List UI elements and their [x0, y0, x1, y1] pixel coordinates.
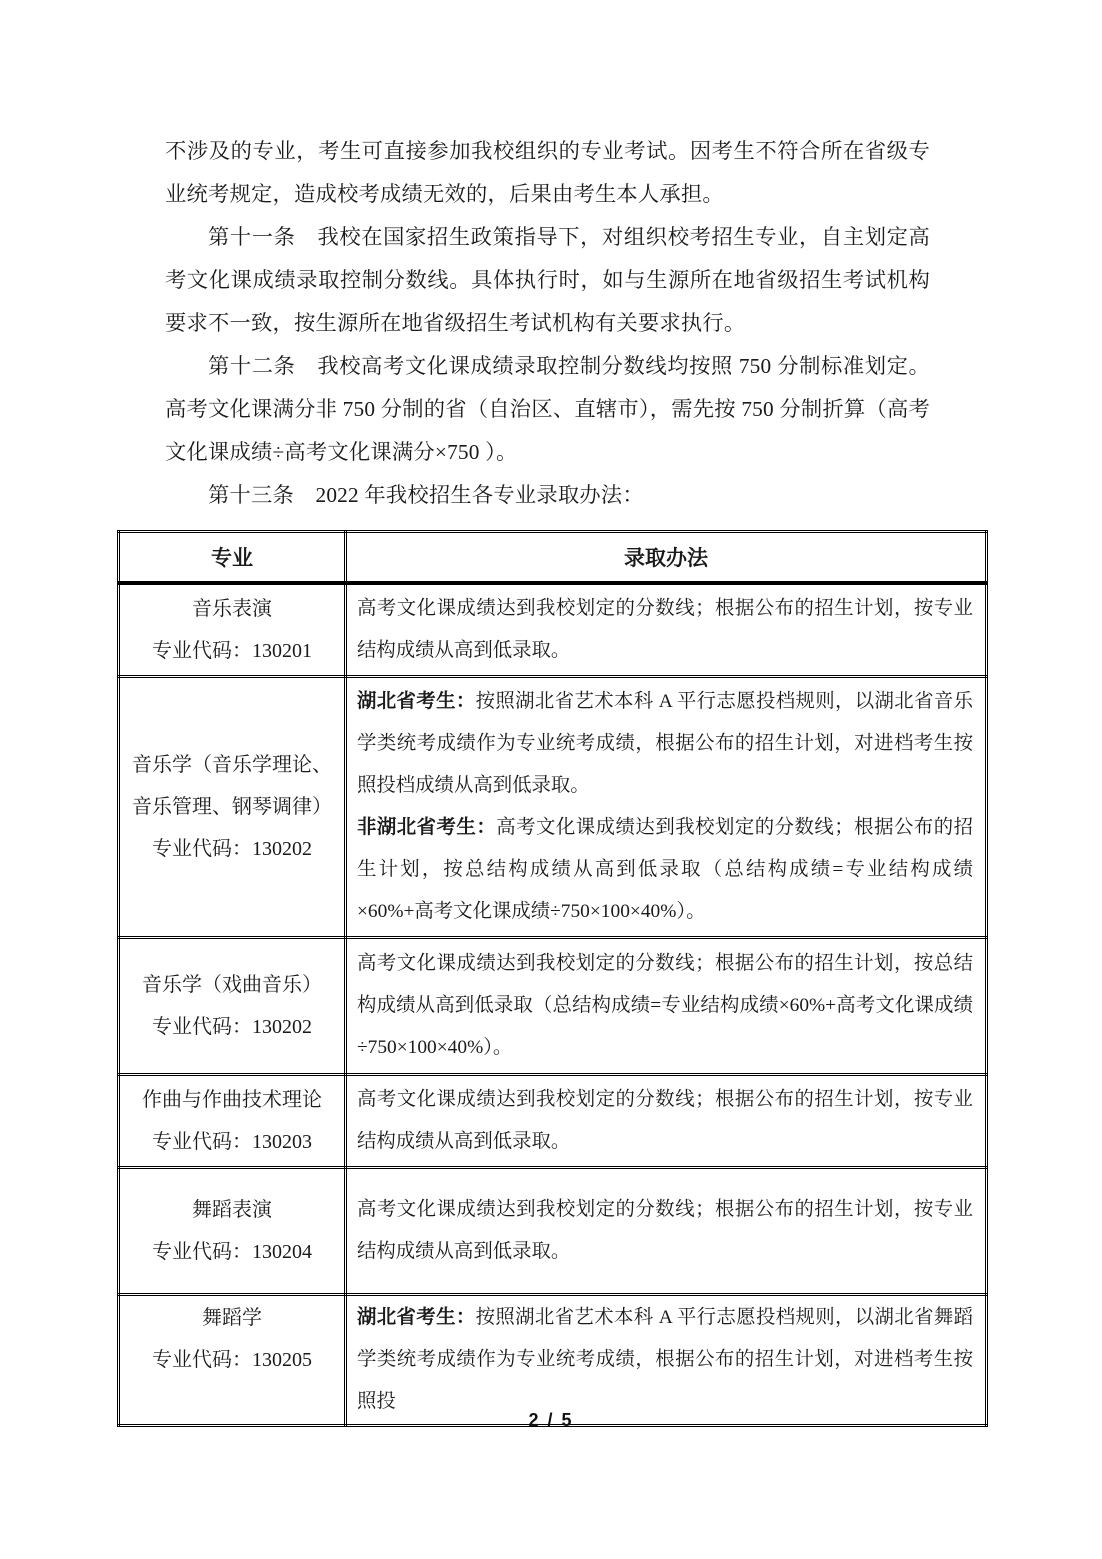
method-cell: 高考文化课成绩达到我校划定的分数线；根据公布的招生计划，按专业结构成绩从高到低录…: [346, 1168, 987, 1295]
major-cell: 舞蹈表演 专业代码：130204: [119, 1168, 346, 1295]
major-code: 专业代码：130201: [129, 630, 335, 672]
table-row: 音乐学（音乐学理论、音乐管理、钢琴调律） 专业代码：130202 湖北省考生：按…: [119, 677, 987, 938]
major-code: 专业代码：130202: [129, 1006, 335, 1048]
body-text: 不涉及的专业，考生可直接参加我校组织的专业考试。因考生不符合所在省级专业统考规定…: [117, 130, 985, 517]
major-code: 专业代码：130205: [129, 1339, 335, 1381]
method-cell: 湖北省考生：按照湖北省艺术本科 A 平行志愿投档规则，以湖北省舞蹈学类统考成绩作…: [346, 1295, 987, 1426]
candidate-group-label: 湖北省考生：: [357, 1307, 476, 1328]
method-cell: 湖北省考生：按照湖北省艺术本科 A 平行志愿投档规则，以湖北省音乐学类统考成绩作…: [346, 677, 987, 938]
table-header-row: 专业 录取办法: [119, 532, 987, 584]
method-text: 高考文化课成绩达到我校划定的分数线；根据公布的招生计划，按专业结构成绩从高到低录…: [357, 1199, 973, 1262]
table-row: 舞蹈表演 专业代码：130204 高考文化课成绩达到我校划定的分数线；根据公布的…: [119, 1168, 987, 1295]
major-cell: 音乐学（戏曲音乐） 专业代码：130202: [119, 938, 346, 1075]
major-cell: 音乐表演 专业代码：130201: [119, 583, 346, 677]
major-name: 音乐学（音乐学理论、音乐管理、钢琴调律）: [129, 744, 335, 828]
major-name: 作曲与作曲技术理论: [129, 1079, 335, 1121]
candidate-group-label: 非湖北省考生：: [357, 817, 496, 838]
method-paragraph: 湖北省考生：按照湖北省艺术本科 A 平行志愿投档规则，以湖北省音乐学类统考成绩作…: [357, 681, 973, 807]
major-name: 音乐学（戏曲音乐）: [129, 964, 335, 1006]
paragraph-continuation: 不涉及的专业，考生可直接参加我校组织的专业考试。因考生不符合所在省级专业统考规定…: [165, 130, 930, 216]
paragraph-article-11: 第十一条 我校在国家招生政策指导下，对组织校考招生专业，自主划定高考文化课成绩录…: [165, 216, 930, 345]
method-text: 高考文化课成绩达到我校划定的分数线；根据公布的招生计划，按专业结构成绩从高到低录…: [357, 1089, 973, 1152]
document-content: 不涉及的专业，考生可直接参加我校组织的专业考试。因考生不符合所在省级专业统考规定…: [117, 130, 985, 1427]
method-cell: 高考文化课成绩达到我校划定的分数线；根据公布的招生计划，按总结构成绩从高到低录取…: [346, 938, 987, 1075]
table-header-method: 录取办法: [346, 532, 987, 584]
method-text: 高考文化课成绩达到我校划定的分数线；根据公布的招生计划，按总结构成绩从高到低录取…: [357, 953, 973, 1058]
table-header-major: 专业: [119, 532, 346, 584]
document-page: 不涉及的专业，考生可直接参加我校组织的专业考试。因考生不符合所在省级专业统考规定…: [0, 0, 1102, 1559]
major-cell: 作曲与作曲技术理论 专业代码：130203: [119, 1075, 346, 1168]
method-paragraph: 高考文化课成绩达到我校划定的分数线；根据公布的招生计划，按专业结构成绩从高到低录…: [357, 1189, 973, 1273]
table-row: 舞蹈学 专业代码：130205 湖北省考生：按照湖北省艺术本科 A 平行志愿投档…: [119, 1295, 987, 1426]
major-cell: 舞蹈学 专业代码：130205: [119, 1295, 346, 1426]
method-cell: 高考文化课成绩达到我校划定的分数线；根据公布的招生计划，按专业结构成绩从高到低录…: [346, 583, 987, 677]
admissions-table: 专业 录取办法 音乐表演 专业代码：130201 高考文化课成绩达到我校划定的分…: [117, 530, 988, 1427]
paragraph-article-13: 第十三条 2022 年我校招生各专业录取办法：: [165, 474, 930, 517]
major-cell: 音乐学（音乐学理论、音乐管理、钢琴调律） 专业代码：130202: [119, 677, 346, 938]
method-text: 高考文化课成绩达到我校划定的分数线；根据公布的招生计划，按专业结构成绩从高到低录…: [357, 598, 973, 661]
table-row: 音乐表演 专业代码：130201 高考文化课成绩达到我校划定的分数线；根据公布的…: [119, 583, 987, 677]
table-row: 作曲与作曲技术理论 专业代码：130203 高考文化课成绩达到我校划定的分数线；…: [119, 1075, 987, 1168]
major-name: 音乐表演: [129, 588, 335, 630]
major-code: 专业代码：130204: [129, 1231, 335, 1273]
major-name: 舞蹈表演: [129, 1189, 335, 1231]
paragraph-article-12: 第十二条 我校高考文化课成绩录取控制分数线均按照 750 分制标准划定。高考文化…: [165, 345, 930, 474]
method-paragraph: 高考文化课成绩达到我校划定的分数线；根据公布的招生计划，按专业结构成绩从高到低录…: [357, 588, 973, 672]
method-cell: 高考文化课成绩达到我校划定的分数线；根据公布的招生计划，按专业结构成绩从高到低录…: [346, 1075, 987, 1168]
method-paragraph: 高考文化课成绩达到我校划定的分数线；根据公布的招生计划，按专业结构成绩从高到低录…: [357, 1079, 973, 1163]
method-paragraph: 湖北省考生：按照湖北省艺术本科 A 平行志愿投档规则，以湖北省舞蹈学类统考成绩作…: [357, 1297, 973, 1423]
major-code: 专业代码：130203: [129, 1121, 335, 1163]
method-paragraph: 高考文化课成绩达到我校划定的分数线；根据公布的招生计划，按总结构成绩从高到低录取…: [357, 943, 973, 1069]
table-row: 音乐学（戏曲音乐） 专业代码：130202 高考文化课成绩达到我校划定的分数线；…: [119, 938, 987, 1075]
page-number: 2 / 5: [0, 1410, 1102, 1431]
major-code: 专业代码：130202: [129, 828, 335, 870]
major-name: 舞蹈学: [129, 1297, 335, 1339]
method-paragraph: 非湖北省考生：高考文化课成绩达到我校划定的分数线；根据公布的招生计划，按总结构成…: [357, 807, 973, 933]
candidate-group-label: 湖北省考生：: [357, 691, 476, 712]
